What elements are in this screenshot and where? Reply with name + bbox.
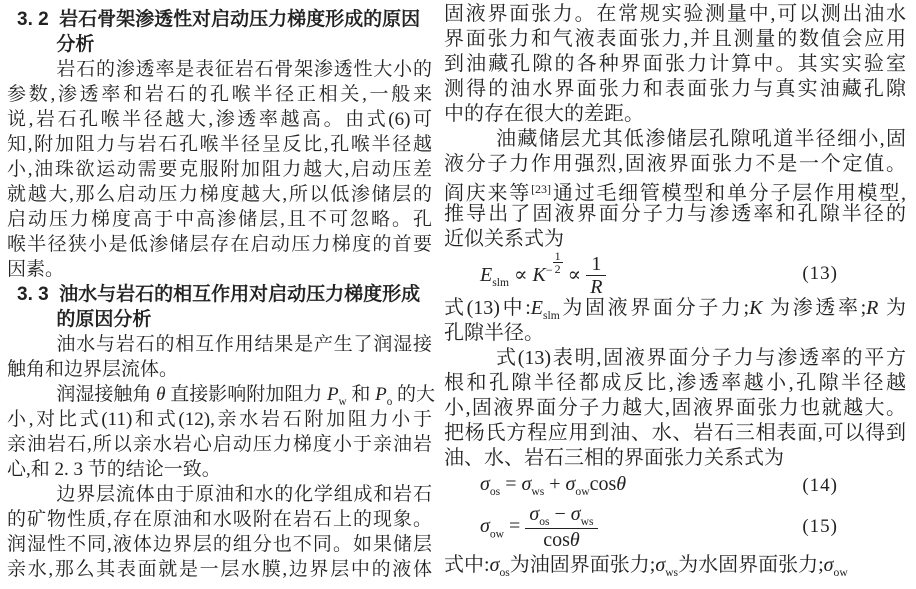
text-line: 近似关系式为 [444, 227, 906, 252]
text-line: 亲水,那么其表面就是一层水膜,边界层中的液体 [7, 557, 432, 582]
equation-body: σow = σos − σwscosθ [480, 503, 598, 552]
equation-13: Eslm ∝ K−12 ∝ 1R(13) [444, 252, 906, 296]
equation-number: (14) [802, 475, 838, 497]
text-line: 参数,渗透率和岩石的孔喉半径正相关,一般来 [7, 82, 432, 107]
text-line: 油、水、岩石三相的界面张力关系式为 [444, 446, 906, 471]
text-line: 小,油珠欲运动需要克服附加阻力越大,启动压差 [7, 157, 432, 182]
text-line: 界面张力和气液表面张力,并且测量的数值会应用 [444, 27, 906, 52]
equation-body: Eslm ∝ K−12 ∝ 1R [480, 250, 606, 299]
text-line: 岩石的渗透率是表征岩石骨架渗透性大小的 [7, 57, 432, 82]
text-line: 润湿接触角 θ 直接影响附加阻力 Pw 和 Po 的大 [7, 382, 432, 407]
page: 3. 2岩石骨架渗透性对启动压力梯度形成的原因分析岩石的渗透率是表征岩石骨架渗透… [0, 0, 916, 589]
section-heading-line: 3. 2岩石骨架渗透性对启动压力梯度形成的原因 [7, 7, 432, 32]
text-line: 测得的油水界面张力和表面张力与真实油藏孔隙 [444, 77, 906, 102]
text-line: 的矿物性质,存在原油和水吸附在岩石上的现象。 [7, 507, 432, 532]
text-line: 油水与岩石的相互作用结果是产生了润湿接 [7, 332, 432, 357]
text-line: 孔隙半径。 [444, 321, 906, 346]
section-heading-line: 分析 [7, 32, 432, 57]
text-line: 小,对比式(11)和式(12),亲水岩石附加阻力小于 [7, 407, 432, 432]
text-line: 式(13)表明,固液界面分子力与渗透率的平方 [444, 346, 906, 371]
text-line: 油藏储层尤其低渗储层孔隙吼道半径细小,固 [444, 127, 906, 152]
text-line: 启动压力梯度高于中高渗储层,且不可忽略。孔 [7, 207, 432, 232]
text-line: 心,和 2. 3 节的结论一致。 [7, 457, 432, 482]
equation-15: σow = σos − σwscosθ(15) [444, 501, 906, 553]
text-line: 小,固液界面分子力越大,固液界面张力也就越大。 [444, 396, 906, 421]
text-line: 因素。 [7, 257, 432, 282]
left-column: 3. 2岩石骨架渗透性对启动压力梯度形成的原因分析岩石的渗透率是表征岩石骨架渗透… [7, 7, 432, 582]
equation-body: σos = σws + σowcosθ [480, 473, 626, 498]
text-line: 中的存在很大的差距。 [444, 102, 906, 127]
text-line: 润湿性不同,液体边界层的组分也不同。如果储层 [7, 532, 432, 557]
text-line: 推导出了固液界面分子力与渗透率和孔隙半径的 [444, 202, 906, 227]
text-line: 亲油岩石,所以亲水岩心启动压力梯度小于亲油岩 [7, 432, 432, 457]
fraction: 12 [553, 250, 563, 275]
text-line: 阎庆来等[23]通过毛细管模型和单分子层作用模型, [444, 177, 906, 202]
text-line: 边界层流体由于原油和水的化学组成和岩石 [7, 482, 432, 507]
text-line: 说,岩石孔喉半径越大,渗透率越高。由式(6)可 [7, 107, 432, 132]
text-line: 式中:σos为油固界面张力;σws为水固界面张力;σow [444, 553, 906, 578]
text-line: 根和孔隙半径都成反比,渗透率越小,孔隙半径越 [444, 371, 906, 396]
text-line: 到油藏孔隙的各种界面张力计算中。其实实验室 [444, 52, 906, 77]
text-line: 就越大,那么启动压力梯度越大,所以低渗储层的 [7, 182, 432, 207]
text-line: 喉半径狭小是低渗储层存在启动压力梯度的首要 [7, 232, 432, 257]
citation-ref: [23] [531, 182, 551, 196]
text-line: 固液界面张力。在常规实验测量中,可以测出油水 [444, 2, 906, 27]
section-heading-line: 的原因分析 [7, 307, 432, 332]
fraction: 1R [586, 253, 606, 298]
section-heading-line: 3. 3油水与岩石的相互作用对启动压力梯度形成 [7, 282, 432, 307]
equation-number: (15) [802, 516, 838, 538]
text-line: 式(13)中:Eslm为固液界面分子力;K 为渗透率;R 为 [444, 296, 906, 321]
text-line: 知,附加阻力与岩石孔喉半径呈反比,孔喉半径越 [7, 132, 432, 157]
text-line: 把杨氏方程应用到油、水、岩石三相表面,可以得到 [444, 421, 906, 446]
right-column: 固液界面张力。在常规实验测量中,可以测出油水界面张力和气液表面张力,并且测量的数… [444, 2, 906, 578]
text-line: 液分子力作用强烈,固液界面张力不是一个定值。 [444, 152, 906, 177]
text-line: 触角和边界层流体。 [7, 357, 432, 382]
fraction: σos − σwscosθ [525, 503, 597, 552]
equation-number: (13) [802, 263, 838, 285]
equation-14: σos = σws + σowcosθ(14) [444, 471, 906, 501]
